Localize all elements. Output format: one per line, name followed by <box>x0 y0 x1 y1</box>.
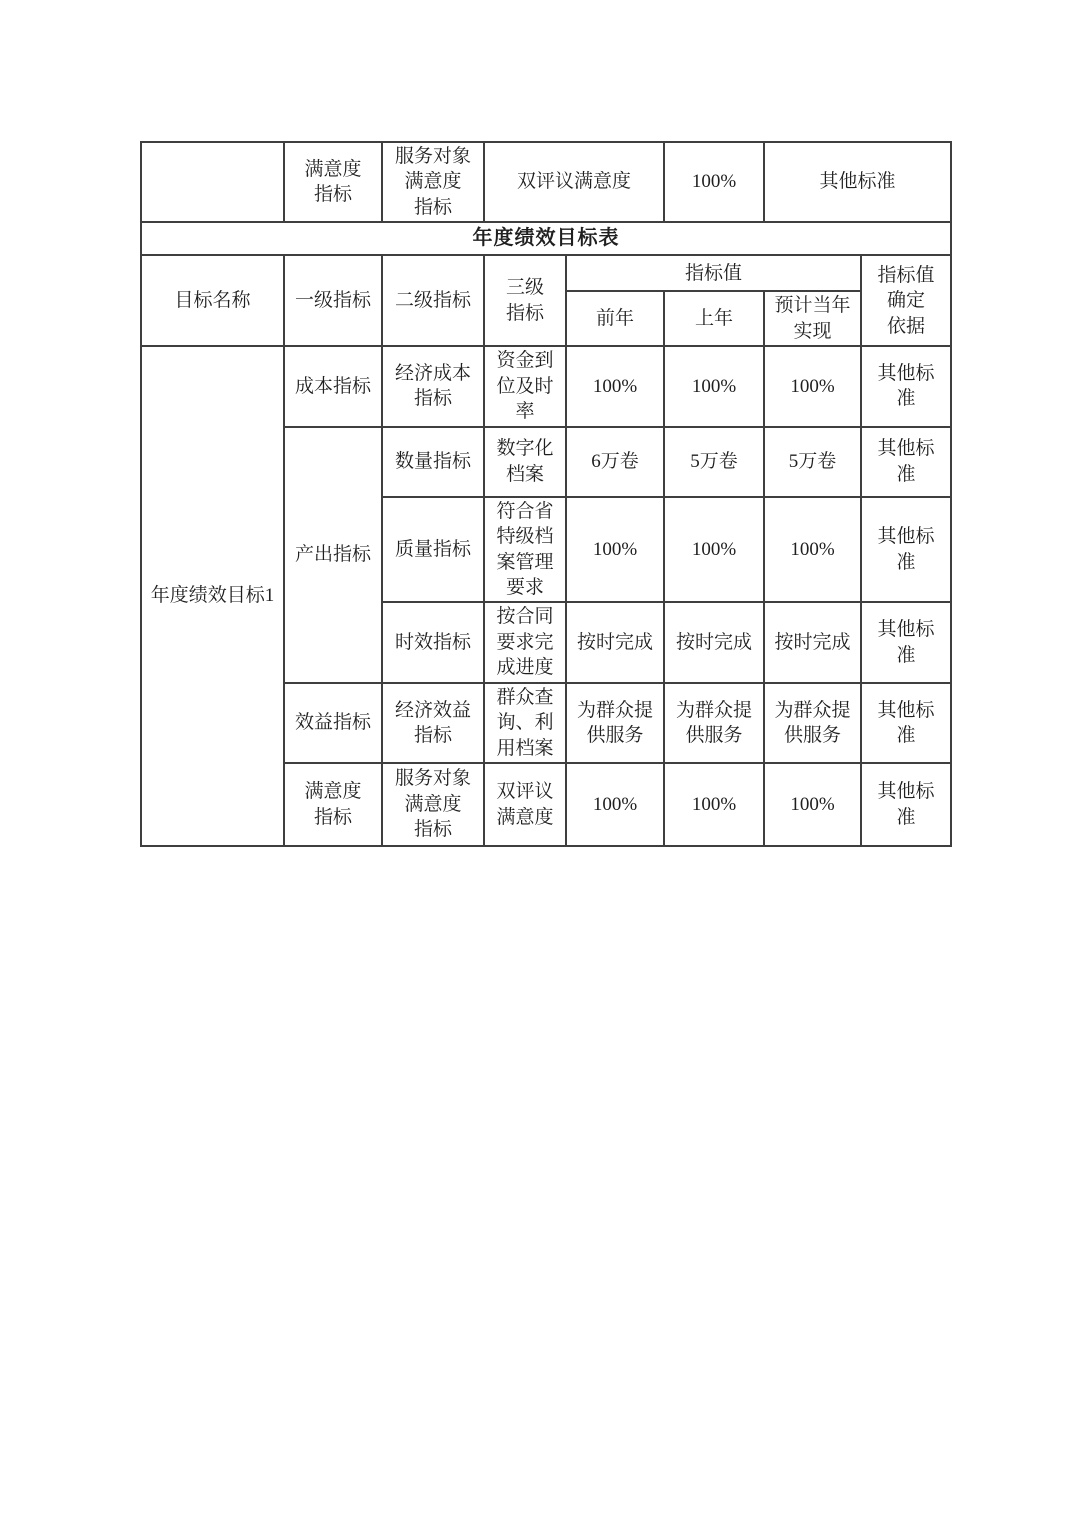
value-year-before-last-cell: 100% <box>566 346 664 426</box>
carryover-basis-cell: 其他标准 <box>764 142 951 222</box>
table-row-carryover: 满意度 指标 服务对象 满意度 指标 双评议满意度 100% 其他标准 <box>141 142 951 222</box>
header-indicator-value-group: 指标值 <box>566 255 861 291</box>
value-last-year-cell: 100% <box>664 346 764 426</box>
value-current-year-cell: 100% <box>764 346 861 426</box>
header-level3: 三级 指标 <box>484 255 566 346</box>
header-last-year: 上年 <box>664 291 764 346</box>
basis-cell: 其他标 准 <box>861 346 951 426</box>
level3-cell: 双评议 满意度 <box>484 763 566 846</box>
basis-cell: 其他标 准 <box>861 683 951 763</box>
carryover-level3-cell: 双评议满意度 <box>484 142 664 222</box>
level3-cell: 按合同 要求完 成进度 <box>484 602 566 682</box>
level1-cell-output: 产出指标 <box>284 427 382 683</box>
header-level1: 一级指标 <box>284 255 382 346</box>
level1-cell-cost: 成本指标 <box>284 346 382 426</box>
level1-cell-benefit: 效益指标 <box>284 683 382 763</box>
value-last-year-cell: 5万卷 <box>664 427 764 497</box>
annual-performance-target-table: 满意度 指标 服务对象 满意度 指标 双评议满意度 100% 其他标准 年度绩效… <box>140 141 952 847</box>
level2-cell: 经济效益 指标 <box>382 683 484 763</box>
value-current-year-cell: 按时完成 <box>764 602 861 682</box>
basis-cell: 其他标 准 <box>861 763 951 846</box>
value-year-before-last-cell: 6万卷 <box>566 427 664 497</box>
carryover-level1-cell: 满意度 指标 <box>284 142 382 222</box>
table-row: 年度绩效目标1 成本指标 经济成本 指标 资金到 位及时 率 100% 100%… <box>141 346 951 426</box>
level1-cell-satisfaction: 满意度 指标 <box>284 763 382 846</box>
table-title: 年度绩效目标表 <box>141 222 951 255</box>
value-year-before-last-cell: 按时完成 <box>566 602 664 682</box>
document-page: 满意度 指标 服务对象 满意度 指标 双评议满意度 100% 其他标准 年度绩效… <box>0 0 1075 1520</box>
header-basis: 指标值 确定 依据 <box>861 255 951 346</box>
level2-cell: 服务对象 满意度 指标 <box>382 763 484 846</box>
value-last-year-cell: 为群众提 供服务 <box>664 683 764 763</box>
table-row-title: 年度绩效目标表 <box>141 222 951 255</box>
value-year-before-last-cell: 100% <box>566 497 664 603</box>
level2-cell: 经济成本 指标 <box>382 346 484 426</box>
carryover-value-cell: 100% <box>664 142 764 222</box>
header-year-before-last: 前年 <box>566 291 664 346</box>
basis-cell: 其他标 准 <box>861 427 951 497</box>
header-goal-name: 目标名称 <box>141 255 284 346</box>
value-last-year-cell: 100% <box>664 763 764 846</box>
value-year-before-last-cell: 100% <box>566 763 664 846</box>
table-row-header-1: 目标名称 一级指标 二级指标 三级 指标 指标值 指标值 确定 依据 <box>141 255 951 291</box>
header-current-year-expected: 预计当年 实现 <box>764 291 861 346</box>
basis-cell: 其他标 准 <box>861 602 951 682</box>
level2-cell: 时效指标 <box>382 602 484 682</box>
carryover-goal-cell <box>141 142 284 222</box>
goal-name-cell: 年度绩效目标1 <box>141 346 284 846</box>
basis-cell: 其他标 准 <box>861 497 951 603</box>
value-current-year-cell: 100% <box>764 497 861 603</box>
value-last-year-cell: 100% <box>664 497 764 603</box>
level3-cell: 符合省 特级档 案管理 要求 <box>484 497 566 603</box>
value-last-year-cell: 按时完成 <box>664 602 764 682</box>
header-level2: 二级指标 <box>382 255 484 346</box>
value-current-year-cell: 5万卷 <box>764 427 861 497</box>
level3-cell: 数字化 档案 <box>484 427 566 497</box>
carryover-level2-cell: 服务对象 满意度 指标 <box>382 142 484 222</box>
value-current-year-cell: 为群众提 供服务 <box>764 683 861 763</box>
level3-cell: 资金到 位及时 率 <box>484 346 566 426</box>
level2-cell: 质量指标 <box>382 497 484 603</box>
value-year-before-last-cell: 为群众提 供服务 <box>566 683 664 763</box>
level2-cell: 数量指标 <box>382 427 484 497</box>
level3-cell: 群众查 询、利 用档案 <box>484 683 566 763</box>
value-current-year-cell: 100% <box>764 763 861 846</box>
